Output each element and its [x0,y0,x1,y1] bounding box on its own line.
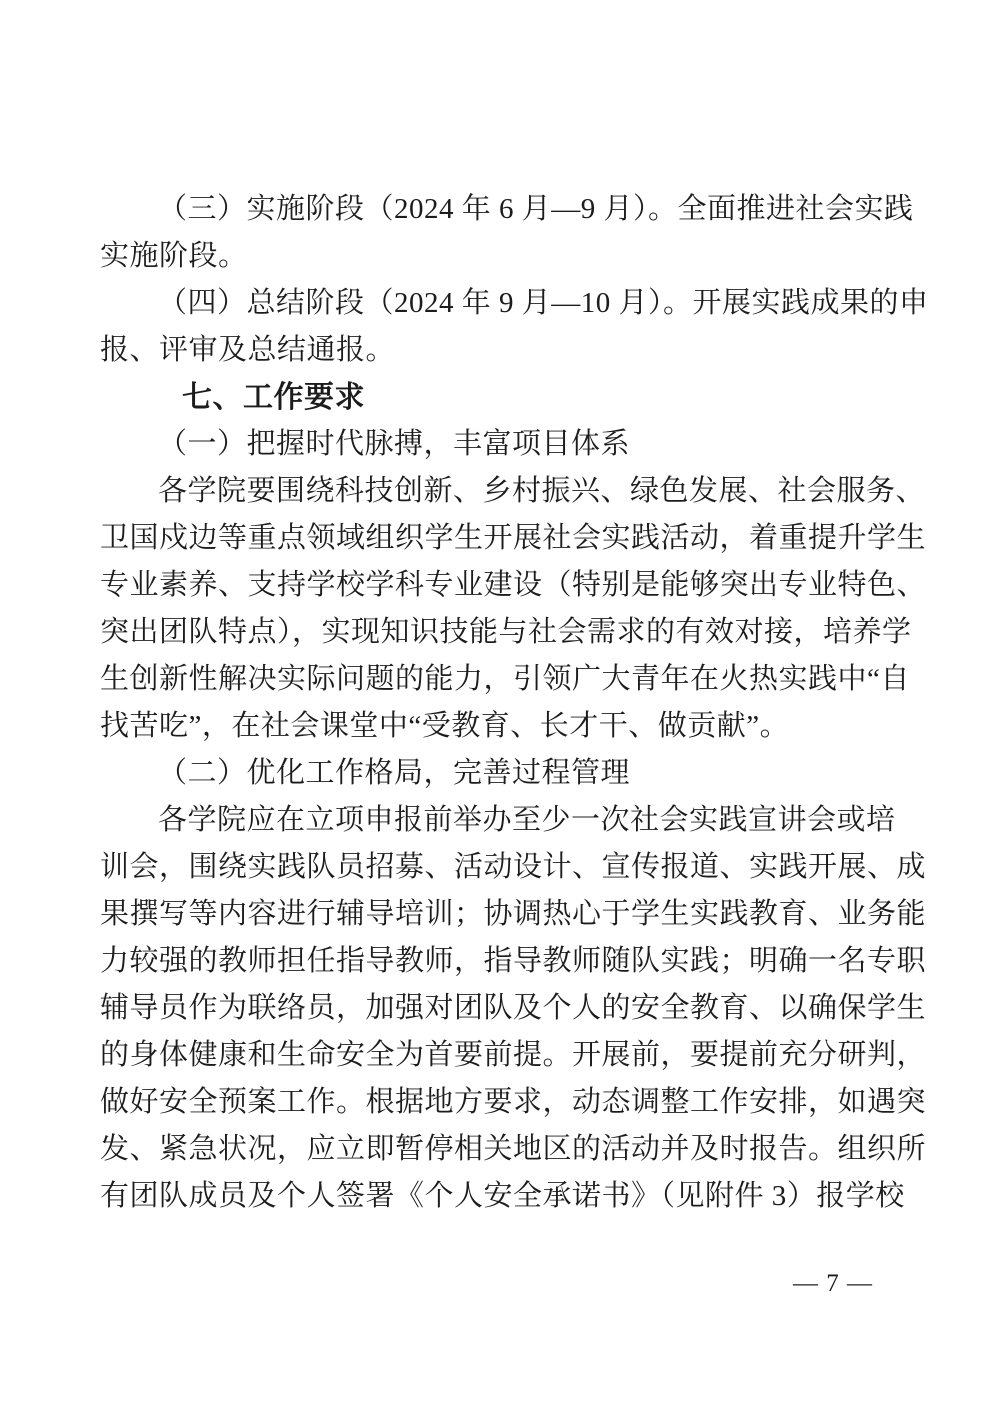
paragraph-line: 突出团队特点），实现知识技能与社会需求的有效对接，培养学 [100,609,881,656]
paragraph-line: 找苦吃”，在社会课堂中“受教育、长才干、做贡献”。 [100,703,881,750]
paragraph-line: 各学院要围绕科技创新、乡村振兴、绿色发展、社会服务、 [100,468,881,515]
paragraph-line: 有团队成员及个人签署《个人安全承诺书》（见附件 3）报学校 [100,1173,881,1220]
paragraph-line: 专业素养、支持学校学科专业建设（特别是能够突出专业特色、 [100,562,881,609]
document-page: （三）实施阶段（2024 年 6 月—9 月）。全面推进社会实践 实施阶段。 （… [0,0,999,1414]
subsection-heading: （二）优化工作格局，完善过程管理 [100,750,881,797]
subsection-heading: （一）把握时代脉搏，丰富项目体系 [100,421,881,468]
paragraph-line: 生创新性解决实际问题的能力，引领广大青年在火热实践中“自 [100,656,881,703]
paragraph-line: 做好安全预案工作。根据地方要求，动态调整工作安排，如遇突 [100,1079,881,1126]
paragraph-line: 发、紧急状况，应立即暂停相关地区的活动并及时报告。组织所 [100,1126,881,1173]
paragraph-line: 卫国戍边等重点领域组织学生开展社会实践活动，着重提升学生 [100,515,881,562]
paragraph-line: （三）实施阶段（2024 年 6 月—9 月）。全面推进社会实践 [100,186,881,233]
paragraph-line: 辅导员作为联络员，加强对团队及个人的安全教育、以确保学生 [100,985,881,1032]
page-number: — 7 — [793,1266,873,1302]
paragraph-line: 的身体健康和生命安全为首要前提。开展前，要提前充分研判， [100,1032,881,1079]
paragraph-line: 果撰写等内容进行辅导培训；协调热心于学生实践教育、业务能 [100,891,881,938]
paragraph-line: （四）总结阶段（2024 年 9 月—10 月）。开展实践成果的申 [100,280,881,327]
text-block: （三）实施阶段（2024 年 6 月—9 月）。全面推进社会实践 实施阶段。 （… [100,186,881,1220]
paragraph-line: 实施阶段。 [100,233,881,280]
paragraph-line: 力较强的教师担任指导教师，指导教师随队实践；明确一名专职 [100,938,881,985]
paragraph-line: 报、评审及总结通报。 [100,327,881,374]
section-heading: 七、工作要求 [100,374,881,421]
paragraph-line: 训会，围绕实践队员招募、活动设计、宣传报道、实践开展、成 [100,844,881,891]
paragraph-line: 各学院应在立项申报前举办至少一次社会实践宣讲会或培 [100,797,881,844]
